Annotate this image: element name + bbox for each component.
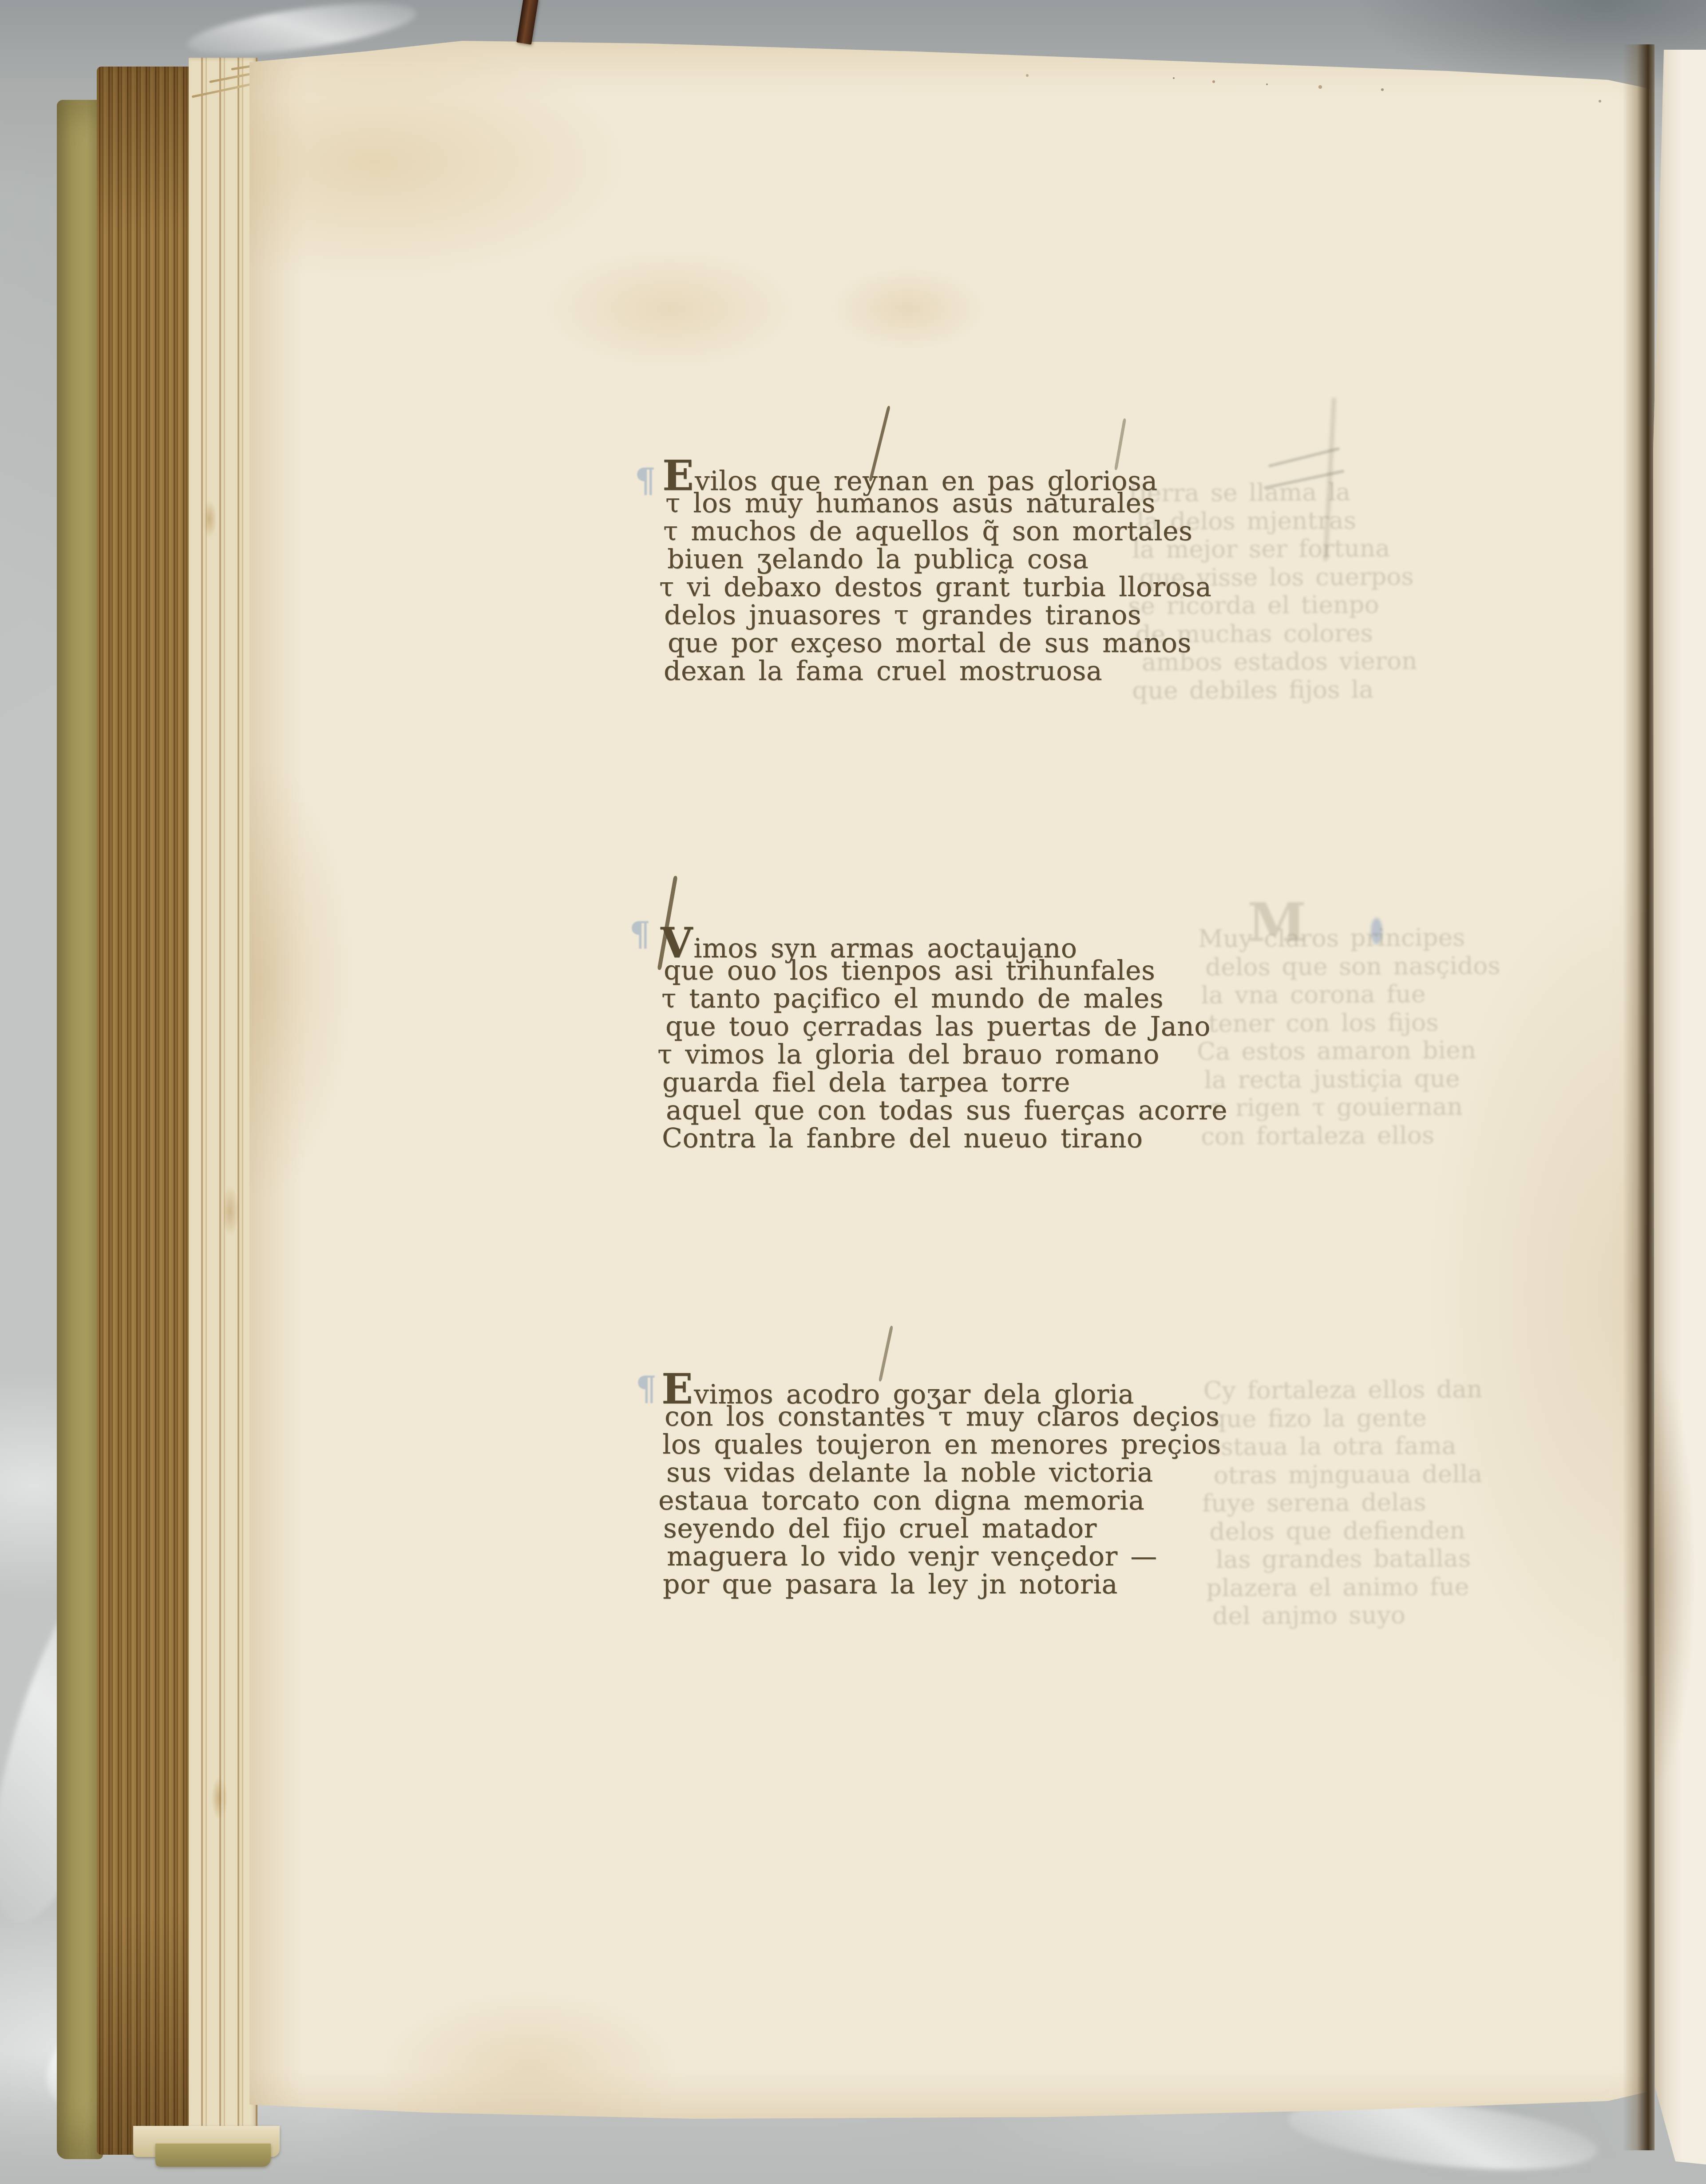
turned-leaf-edges	[189, 58, 257, 2155]
facing-page-sliver	[1652, 50, 1706, 2164]
verse-line: con los constantes τ muy claros deçios	[665, 1403, 1221, 1431]
verse-line: seyendo del fijo cruel matador	[663, 1515, 1221, 1543]
ghost-line: plazera el animo fue	[1206, 1572, 1484, 1602]
verse-line: los quales toujeron en menores preçios	[662, 1431, 1221, 1459]
ghost-line: del anjmo suyo	[1212, 1600, 1484, 1630]
verse-line: τ vimos la gloria del brauo romano	[657, 1041, 1227, 1069]
stanza-3: Evimos acodro goʒar dela gloria con los …	[661, 1375, 1221, 1599]
ghost-line: delos que son nasçidos	[1205, 952, 1500, 981]
verse-line: que ouo los tienpos asi trihunfales	[664, 957, 1227, 985]
leather-bookmark-strap	[516, 0, 538, 45]
bleedthrough-block-2: Muy claros principes delos que son nasçi…	[1198, 923, 1501, 1150]
marginal-annotation	[1263, 450, 1361, 499]
verse-line: τ tanto paçifico el mundo de males	[661, 985, 1227, 1013]
ghost-line: Cy fortaleza ellos dan	[1203, 1375, 1483, 1405]
verse-line: por que pasara la ley jn notoria	[663, 1571, 1221, 1599]
verse-line: maguera lo vido venjr vençedor —	[667, 1543, 1221, 1571]
verse-line: sus vidas delante la noble victoria	[666, 1459, 1221, 1487]
ghost-line: la recta justiçia que	[1204, 1064, 1501, 1094]
ghost-line: Ca estos amaron bien	[1197, 1036, 1501, 1066]
parchment-cover-edge	[57, 100, 103, 2159]
ghost-line: las grandes batallas	[1216, 1544, 1484, 1574]
ghost-line: Muy claros principes	[1198, 923, 1500, 953]
verse-line: estaua torcato con digna memoria	[658, 1487, 1221, 1515]
stanza-1: Evilos que reynan en pas gloriosa τ los …	[662, 462, 1211, 685]
stanza-2: Vimos syn armas aoctaujano que ouo los t…	[661, 929, 1227, 1153]
verse-line: Evimos acodro goʒar dela gloria	[661, 1375, 1221, 1403]
ghost-line: tener con los fijos	[1208, 1008, 1501, 1038]
verse-line: que por exçeso mortal de sus manos	[668, 629, 1211, 657]
pencil-stroke	[1268, 447, 1340, 468]
verse-line: dexan la fama cruel mostruosa	[664, 657, 1211, 685]
stacked-leaf-fore-edge	[97, 67, 192, 2155]
verse-line: guarda fiel dela tarpea torre	[662, 1069, 1227, 1097]
ghost-line: otras mjnguaua della	[1214, 1460, 1483, 1489]
ghost-line: fuye serena delas	[1202, 1488, 1483, 1517]
ghost-line: que fizo la gente	[1211, 1403, 1483, 1433]
bleedthrough-block-3: Cy fortaleza ellos dan que fizo la gente…	[1203, 1375, 1484, 1630]
leaf-tail	[155, 2144, 271, 2167]
gutter-shadow	[1623, 44, 1655, 2150]
verse-line: τ los muy humanos asus naturales	[665, 490, 1211, 517]
verse-line: τ vi debaxo destos grant̃ turbia llorosa	[659, 573, 1211, 601]
verse-line: Vimos syn armas aoctaujano	[661, 929, 1227, 957]
ghost-line: τ rigen τ gouiernan	[1211, 1092, 1501, 1122]
verse-line: Evilos que reynan en pas gloriosa	[662, 462, 1211, 490]
pilcrow-mark: ¶	[636, 1370, 657, 1408]
verse-line: aquel que con todas sus fuerças acorre	[666, 1097, 1227, 1125]
pilcrow-mark: ¶	[629, 915, 650, 953]
book: tierra se llama la la delos mjentras la …	[0, 0, 1706, 2184]
pencil-stroke	[1263, 470, 1344, 490]
verse-line: delos jnuasores τ grandes tiranos	[664, 601, 1211, 629]
verse-line: que touo çerradas las puertas de Jano	[665, 1013, 1227, 1041]
ghost-line: la vna corona fue	[1201, 979, 1500, 1009]
pilcrow-mark: ¶	[635, 462, 656, 500]
ghost-line: con fortaleza ellos	[1201, 1121, 1501, 1150]
verse-line: Contra la fanbre del nueuo tirano	[662, 1125, 1227, 1153]
edge-stain-specks	[1173, 77, 1175, 79]
verse-line: τ muchos de aquellos q̃ son mortales	[663, 517, 1211, 545]
verse-line: biuen ʒelando la publica cosa	[667, 545, 1211, 573]
ghost-line: estaua la otra fama	[1206, 1431, 1483, 1461]
ghost-line: delos que defienden	[1209, 1516, 1483, 1546]
